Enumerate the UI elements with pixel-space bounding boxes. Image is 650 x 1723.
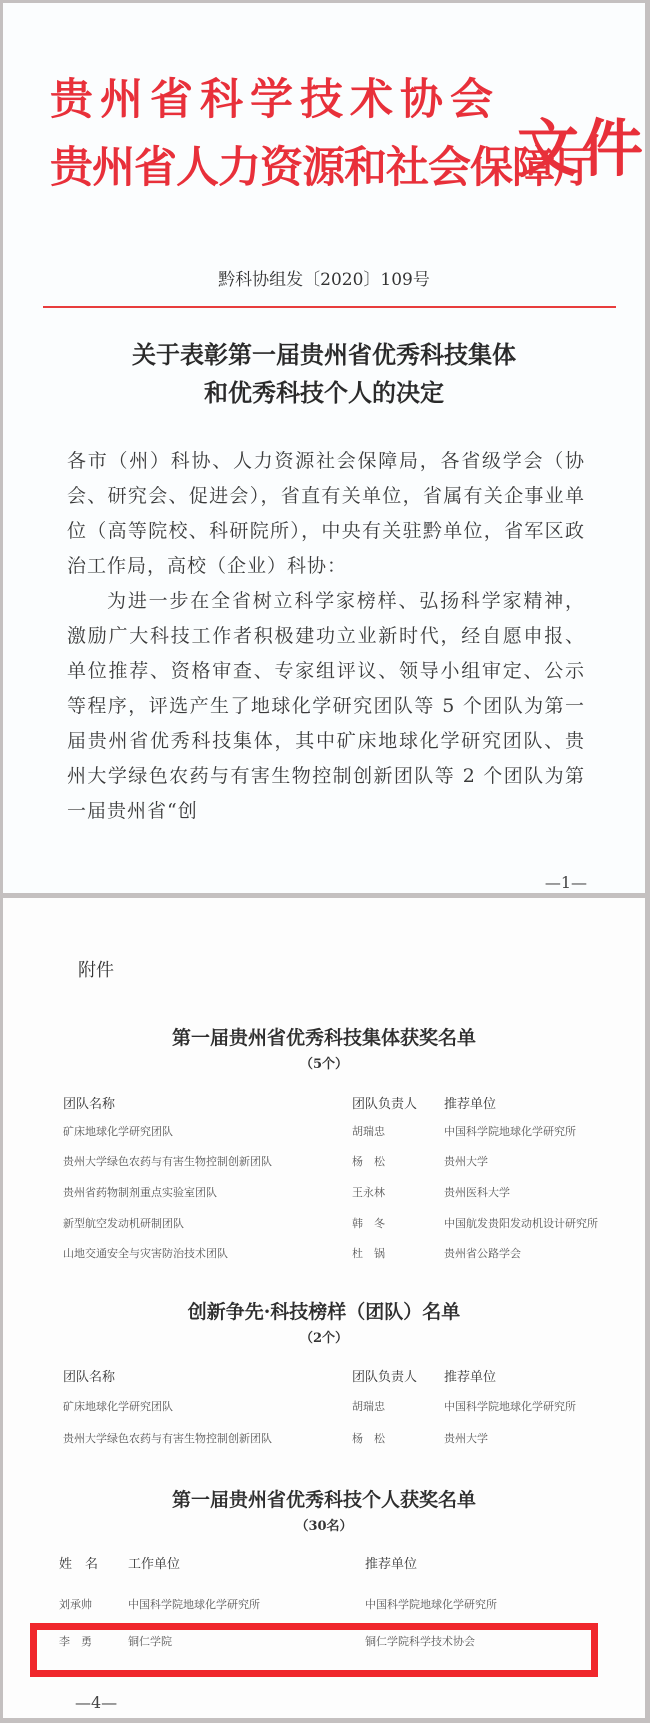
section-title-role-models: 创新争先·科技榜样（团队）名单: [3, 1297, 645, 1324]
section-title-collectives: 第一届贵州省优秀科技集体获奖名单: [3, 1023, 645, 1050]
recommender: 中国科学院地球化学研究所: [444, 1123, 576, 1139]
red-divider: [43, 306, 616, 308]
document-page-1: 贵州省科学技术协会 贵州省人力资源和社会保障厅 文件 黔科协组发〔2020〕10…: [3, 3, 645, 893]
column-header-recommender: 推荐单位: [444, 1366, 496, 1385]
column-header-team-leader: 团队负责人: [352, 1366, 417, 1385]
red-highlight-box: [30, 1623, 598, 1677]
addressees: 各市（州）科协、人力资源社会保障局，各省级学会（协会、研究会、促进会），省直有关…: [67, 444, 585, 584]
body-paragraph: 为进一步在全省树立科学家榜样、弘扬科学家精神，激励广大科技工作者积极建功立业新时…: [67, 584, 585, 829]
document-number: 黔科协组发〔2020〕109号: [3, 265, 645, 290]
team-name: 贵州大学绿色农药与有害生物控制创新团队: [63, 1153, 272, 1169]
document-body: 各市（州）科协、人力资源社会保障局，各省级学会（协会、研究会、促进会），省直有关…: [67, 444, 585, 829]
section-count: （30名）: [3, 1515, 645, 1534]
team-name: 贵州省药物制剂重点实验室团队: [63, 1184, 217, 1200]
section-count: （5个）: [3, 1053, 645, 1072]
team-leader: 胡瑞忠: [352, 1398, 385, 1414]
issuing-org-2: 贵州省人力资源和社会保障厅: [50, 143, 596, 193]
document-page-4: 附件 第一届贵州省优秀科技集体获奖名单 （5个） 团队名称 团队负责人 推荐单位…: [3, 898, 645, 1718]
document-type-label: 文件: [517, 99, 645, 188]
recommender: 中国科学院地球化学研究所: [365, 1596, 497, 1612]
column-header-name: 姓 名: [59, 1553, 98, 1572]
team-name: 贵州大学绿色农药与有害生物控制创新团队: [63, 1430, 272, 1446]
section-count: （2个）: [3, 1327, 645, 1346]
column-header-team-name: 团队名称: [63, 1093, 115, 1112]
recommender: 中国航发贵阳发动机设计研究所: [444, 1215, 598, 1231]
recommender: 贵州省公路学会: [444, 1245, 521, 1261]
column-header-team-leader: 团队负责人: [352, 1093, 417, 1112]
team-leader: 杨 松: [352, 1153, 385, 1169]
work-unit: 中国科学院地球化学研究所: [128, 1596, 260, 1612]
section-title-individuals: 第一届贵州省优秀科技个人获奖名单: [3, 1485, 645, 1512]
page-number: —4—: [75, 1693, 117, 1712]
document-title-line-1: 关于表彰第一届贵州省优秀科技集体: [3, 335, 645, 370]
team-name: 山地交通安全与灾害防治技术团队: [63, 1245, 228, 1261]
column-header-recommender: 推荐单位: [365, 1553, 417, 1572]
recommender: 贵州大学: [444, 1153, 488, 1169]
team-leader: 杜 锅: [352, 1245, 385, 1261]
document-title-line-2: 和优秀科技个人的决定: [3, 373, 645, 408]
page-number: —1—: [545, 873, 587, 892]
team-leader: 王永林: [352, 1184, 385, 1200]
column-header-work-unit: 工作单位: [128, 1553, 180, 1572]
issuing-org-1: 贵州省科学技术协会: [50, 75, 500, 125]
team-name: 矿床地球化学研究团队: [63, 1123, 173, 1139]
column-header-recommender: 推荐单位: [444, 1093, 496, 1112]
team-leader: 杨 松: [352, 1430, 385, 1446]
team-leader: 胡瑞忠: [352, 1123, 385, 1139]
person-name: 刘承帅: [59, 1596, 92, 1612]
team-name: 新型航空发动机研制团队: [63, 1215, 184, 1231]
column-header-team-name: 团队名称: [63, 1366, 115, 1385]
recommender: 中国科学院地球化学研究所: [444, 1398, 576, 1414]
recommender: 贵州医科大学: [444, 1184, 510, 1200]
recommender: 贵州大学: [444, 1430, 488, 1446]
team-leader: 韩 冬: [352, 1215, 385, 1231]
attachment-label: 附件: [78, 956, 114, 982]
team-name: 矿床地球化学研究团队: [63, 1398, 173, 1414]
